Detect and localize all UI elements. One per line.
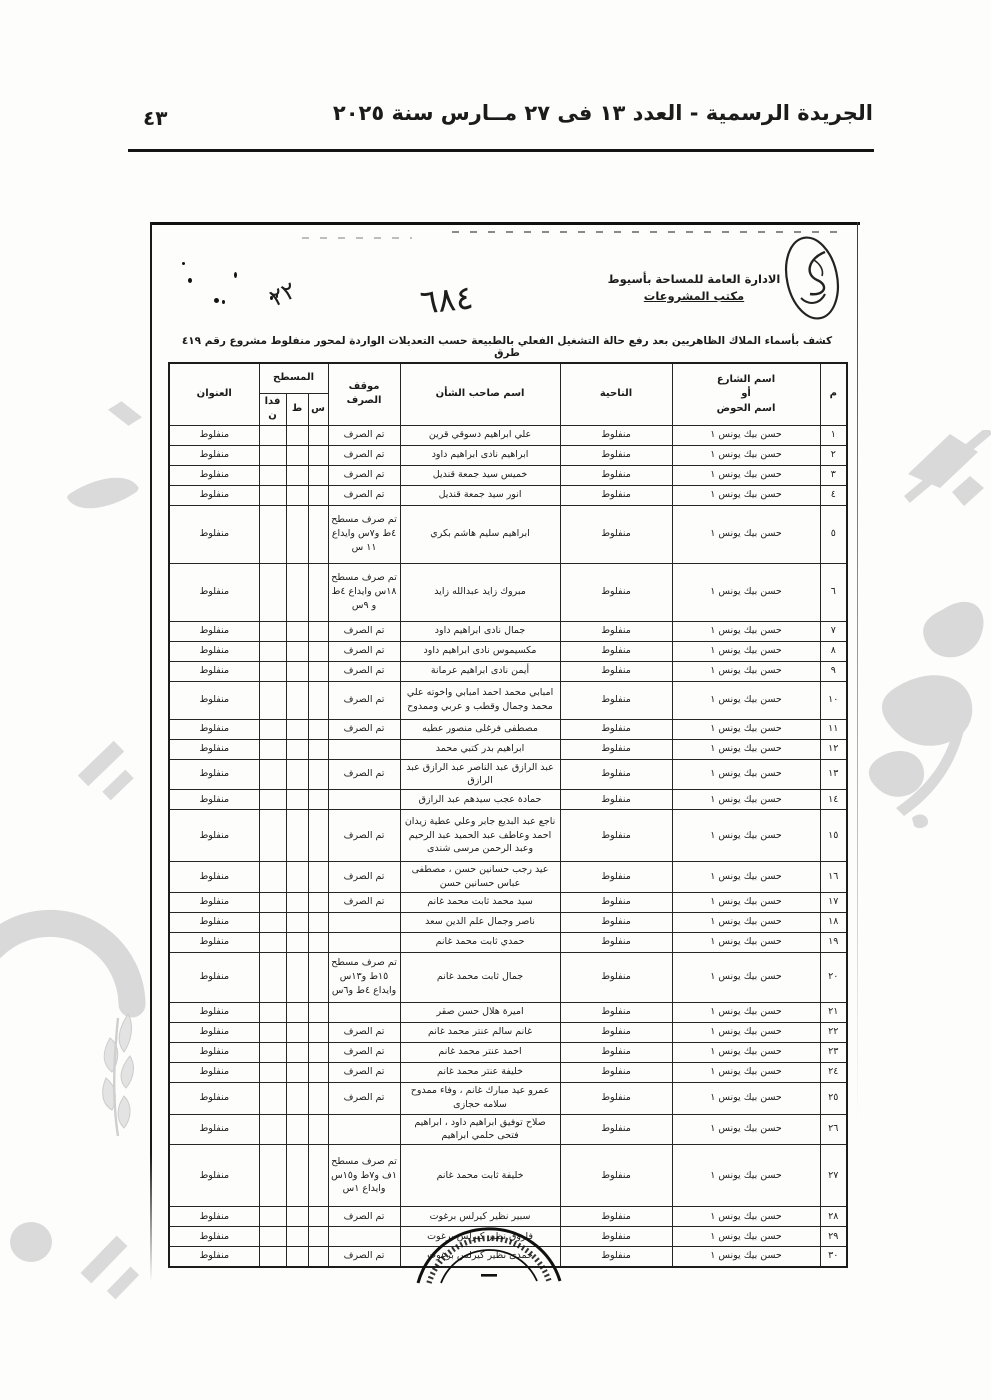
cell-payment: تم الصرف xyxy=(328,1042,400,1062)
cell-payment: تم الصرف xyxy=(328,445,400,465)
cell-serial: ٦ xyxy=(820,563,847,621)
cell-district: منفلوط xyxy=(560,1082,672,1114)
handwritten-signature-stamp xyxy=(780,230,844,330)
cell-street: حسن بيك يونس ١ xyxy=(672,912,820,932)
table-row: ١٢حسن بيك يونس ١منفلوطابراهيم بدر كتبي م… xyxy=(169,739,847,759)
cell-area-f xyxy=(259,681,286,719)
cell-area-s xyxy=(308,465,328,485)
cell-owner: جمال نادى ابراهيم داود xyxy=(400,621,560,641)
cell-area-f xyxy=(259,862,286,893)
cell-serial: ١٣ xyxy=(820,759,847,790)
cell-serial: ٢٩ xyxy=(820,1227,847,1247)
watermark-fragment xyxy=(900,430,991,590)
header-area-f: فدان xyxy=(259,393,286,425)
watermark-fragment xyxy=(10,1222,52,1262)
cell-district: منفلوط xyxy=(560,739,672,759)
cell-address: منفلوط xyxy=(169,862,259,893)
cell-street: حسن بيك يونس ١ xyxy=(672,952,820,1002)
header-owner: اسم صاحب الشأن xyxy=(400,363,560,425)
cell-street: حسن بيك يونس ١ xyxy=(672,505,820,563)
cell-serial: ٢٨ xyxy=(820,1207,847,1227)
cell-payment: تم الصرف xyxy=(328,621,400,641)
watermark-fragment xyxy=(70,476,136,510)
cell-area-f xyxy=(259,485,286,505)
cell-address: منفلوط xyxy=(169,1082,259,1114)
cell-payment: تم الصرف xyxy=(328,810,400,862)
cell-owner: خليفة ثابت محمد غانم xyxy=(400,1145,560,1207)
scan-noise xyxy=(302,237,412,239)
watermark-calligraphy xyxy=(852,580,991,830)
cell-area-f xyxy=(259,739,286,759)
cell-area-t xyxy=(286,661,308,681)
cell-area-s xyxy=(308,1114,328,1145)
cell-area-s xyxy=(308,661,328,681)
cell-serial: ٢ xyxy=(820,445,847,465)
cell-area-s xyxy=(308,952,328,1002)
agency-name: الادارة العامة للمساحة بأسيوط xyxy=(594,272,794,286)
cell-owner: صلاح توفيق ابراهيم داود ، ابراهيم فتحى ح… xyxy=(400,1114,560,1145)
table-row: ١٩حسن بيك يونس ١منفلوطحمدي ثابت محمد غان… xyxy=(169,932,847,952)
cell-area-t xyxy=(286,759,308,790)
cell-area-s xyxy=(308,641,328,661)
cell-serial: ١٢ xyxy=(820,739,847,759)
cell-district: منفلوط xyxy=(560,505,672,563)
cell-payment: تم الصرف xyxy=(328,425,400,445)
owners-table: م اسم الشارع أو اسم الحوض الناحية اسم صا… xyxy=(168,362,848,1268)
table-wrapper: م اسم الشارع أو اسم الحوض الناحية اسم صا… xyxy=(168,362,846,1268)
cell-area-s xyxy=(308,719,328,739)
cell-address: منفلوط xyxy=(169,661,259,681)
cell-area-t xyxy=(286,1145,308,1207)
cell-owner: مبروك زايد عبدالله زايد xyxy=(400,563,560,621)
cell-area-f xyxy=(259,1247,286,1267)
table-row: ١٣حسن بيك يونس ١منفلوطعبد الرازق عبد الن… xyxy=(169,759,847,790)
cell-area-f xyxy=(259,1022,286,1042)
cell-district: منفلوط xyxy=(560,1022,672,1042)
cell-serial: ١٦ xyxy=(820,862,847,893)
cell-owner: علي ابراهيم دسوقي قرين xyxy=(400,425,560,445)
table-row: ١٧حسن بيك يونس ١منفلوطسيد محمد ثابت محمد… xyxy=(169,892,847,912)
scan-border-right xyxy=(857,222,858,1122)
cell-address: منفلوط xyxy=(169,621,259,641)
cell-area-t xyxy=(286,563,308,621)
cell-district: منفلوط xyxy=(560,465,672,485)
cell-area-s xyxy=(308,485,328,505)
cell-address: منفلوط xyxy=(169,1227,259,1247)
cell-area-f xyxy=(259,563,286,621)
cell-area-t xyxy=(286,425,308,445)
cell-owner: خميس سيد جمعة قنديل xyxy=(400,465,560,485)
cell-area-t xyxy=(286,739,308,759)
table-row: ١٤حسن بيك يونس ١منفلوطحمادة عجب سيدهم عب… xyxy=(169,790,847,810)
cell-area-s xyxy=(308,1042,328,1062)
cell-area-t xyxy=(286,892,308,912)
cell-owner: مصطفى فرغلى منصور عطيه xyxy=(400,719,560,739)
cell-area-t xyxy=(286,1247,308,1267)
scan-border-left xyxy=(150,222,152,1282)
cell-area-s xyxy=(308,1227,328,1247)
cell-payment: تم الصرف xyxy=(328,1062,400,1082)
cell-address: منفلوط xyxy=(169,810,259,862)
cell-area-t xyxy=(286,1082,308,1114)
cell-street: حسن بيك يونس ١ xyxy=(672,661,820,681)
cell-payment: تم الصرف xyxy=(328,641,400,661)
cell-street: حسن بيك يونس ١ xyxy=(672,1145,820,1207)
document-title: كشف بأسماء الملاك الظاهريين بعد رفع حالة… xyxy=(168,335,846,359)
cell-payment xyxy=(328,1002,400,1022)
cell-area-t xyxy=(286,621,308,641)
table-header: م اسم الشارع أو اسم الحوض الناحية اسم صا… xyxy=(169,363,847,425)
cell-street: حسن بيك يونس ١ xyxy=(672,641,820,661)
cell-area-f xyxy=(259,641,286,661)
cell-area-s xyxy=(308,1082,328,1114)
cell-area-f xyxy=(259,719,286,739)
cell-area-s xyxy=(308,739,328,759)
cell-district: منفلوط xyxy=(560,563,672,621)
ink-speck xyxy=(222,300,225,304)
cell-district: منفلوط xyxy=(560,445,672,465)
cell-owner: حمادة عجب سيدهم عبد الرازق xyxy=(400,790,560,810)
cell-area-s xyxy=(308,505,328,563)
gazette-page: الجريدة الرسمية - العدد ١٣ فى ٢٧ مــارس … xyxy=(0,0,991,1400)
cell-address: منفلوط xyxy=(169,1002,259,1022)
cell-area-f xyxy=(259,1002,286,1022)
table-row: ٩حسن بيك يونس ١منفلوطأيمن نادى ابراهيم ع… xyxy=(169,661,847,681)
cell-street: حسن بيك يونس ١ xyxy=(672,485,820,505)
ink-speck xyxy=(234,272,237,278)
cell-district: منفلوط xyxy=(560,1042,672,1062)
cell-street: حسن بيك يونس ١ xyxy=(672,1247,820,1267)
cell-area-s xyxy=(308,790,328,810)
scanned-document: الادارة العامة للمساحة بأسيوط مكتب المشر… xyxy=(152,222,858,1377)
cell-area-s xyxy=(308,810,328,862)
cell-district: منفلوط xyxy=(560,759,672,790)
watermark-fragment xyxy=(76,756,134,791)
cell-serial: ١ xyxy=(820,425,847,445)
header-payment: موقف الصرف xyxy=(328,363,400,425)
table-row: ٢٧حسن بيك يونس ١منفلوطخليفة ثابت محمد غا… xyxy=(169,1145,847,1207)
cell-area-f xyxy=(259,952,286,1002)
cell-district: منفلوط xyxy=(560,1207,672,1227)
cell-address: منفلوط xyxy=(169,759,259,790)
cell-street: حسن بيك يونس ١ xyxy=(672,1042,820,1062)
cell-district: منفلوط xyxy=(560,1062,672,1082)
cell-address: منفلوط xyxy=(169,1145,259,1207)
cell-district: منفلوط xyxy=(560,661,672,681)
cell-area-t xyxy=(286,1062,308,1082)
cell-payment xyxy=(328,932,400,952)
cell-payment: تم الصرف xyxy=(328,892,400,912)
cell-area-f xyxy=(259,1207,286,1227)
cell-district: منفلوط xyxy=(560,862,672,893)
table-row: ١٠حسن بيك يونس ١منفلوطامبابي محمد احمد ا… xyxy=(169,681,847,719)
cell-street: حسن بيك يونس ١ xyxy=(672,1114,820,1145)
cell-street: حسن بيك يونس ١ xyxy=(672,1082,820,1114)
cell-district: منفلوط xyxy=(560,641,672,661)
cell-payment: تم الصرف xyxy=(328,1247,400,1267)
cell-area-f xyxy=(259,1145,286,1207)
cell-address: منفلوط xyxy=(169,952,259,1002)
table-row: ١٨حسن بيك يونس ١منفلوطناصر وجمال علم الد… xyxy=(169,912,847,932)
cell-address: منفلوط xyxy=(169,425,259,445)
cell-payment xyxy=(328,739,400,759)
cell-payment: تم صرف مسطح ١٥ط و١٣س وايداع ٤ط و٦س xyxy=(328,952,400,1002)
cell-address: منفلوط xyxy=(169,1207,259,1227)
cell-area-s xyxy=(308,1062,328,1082)
cell-area-f xyxy=(259,1062,286,1082)
cell-payment xyxy=(328,790,400,810)
table-row: ٢٤حسن بيك يونس ١منفلوطخليفة عنتر محمد غا… xyxy=(169,1062,847,1082)
cell-area-t xyxy=(286,681,308,719)
cell-payment: تم الصرف xyxy=(328,719,400,739)
cell-street: حسن بيك يونس ١ xyxy=(672,892,820,912)
cell-area-t xyxy=(286,505,308,563)
cell-area-t xyxy=(286,1022,308,1042)
cell-area-f xyxy=(259,465,286,485)
cell-street: حسن بيك يونس ١ xyxy=(672,681,820,719)
cell-payment: تم الصرف xyxy=(328,465,400,485)
cell-district: منفلوط xyxy=(560,1145,672,1207)
cell-district: منفلوط xyxy=(560,1114,672,1145)
cell-street: حسن بيك يونس ١ xyxy=(672,563,820,621)
cell-address: منفلوط xyxy=(169,739,259,759)
table-row: ٢حسن بيك يونس ١منفلوطابراهيم نادى ابراهي… xyxy=(169,445,847,465)
cell-area-s xyxy=(308,425,328,445)
cell-area-f xyxy=(259,892,286,912)
cell-owner: عبد الرازق عبد الناصر عبد الرازق عبد الر… xyxy=(400,759,560,790)
cell-serial: ٢٠ xyxy=(820,952,847,1002)
cell-street: حسن بيك يونس ١ xyxy=(672,445,820,465)
cell-area-t xyxy=(286,1227,308,1247)
cell-district: منفلوط xyxy=(560,681,672,719)
cell-area-f xyxy=(259,621,286,641)
cell-street: حسن بيك يونس ١ xyxy=(672,465,820,485)
ink-speck xyxy=(214,298,219,303)
cell-address: منفلوط xyxy=(169,790,259,810)
cell-owner: اميرة هلال حسن صقر xyxy=(400,1002,560,1022)
cell-area-f xyxy=(259,445,286,465)
watermark-wheat-branch xyxy=(88,1008,144,1140)
header-area-s: س xyxy=(308,393,328,425)
cell-serial: ٩ xyxy=(820,661,847,681)
cell-address: منفلوط xyxy=(169,445,259,465)
cell-area-t xyxy=(286,952,308,1002)
cell-serial: ٢١ xyxy=(820,1002,847,1022)
cell-area-f xyxy=(259,810,286,862)
table-row: ١٦حسن بيك يونس ١منفلوطعيد رجب حسانين حسن… xyxy=(169,862,847,893)
cell-payment xyxy=(328,912,400,932)
cell-district: منفلوط xyxy=(560,892,672,912)
cell-area-s xyxy=(308,1207,328,1227)
cell-owner: عمرو عيد مبارك غانم ، وفاء ممدوح سلامه ح… xyxy=(400,1082,560,1114)
cell-serial: ٣٠ xyxy=(820,1247,847,1267)
cell-street: حسن بيك يونس ١ xyxy=(672,1207,820,1227)
handwritten-number-side: ٢٢ xyxy=(265,276,300,312)
cell-area-s xyxy=(308,862,328,893)
cell-address: منفلوط xyxy=(169,1247,259,1267)
table-row: ٦حسن بيك يونس ١منفلوطمبروك زايد عبدالله … xyxy=(169,563,847,621)
table-row: ٧حسن بيك يونس ١منفلوطجمال نادى ابراهيم د… xyxy=(169,621,847,641)
cell-serial: ٢٢ xyxy=(820,1022,847,1042)
cell-owner: أيمن نادى ابراهيم عرمانة xyxy=(400,661,560,681)
cell-serial: ١٠ xyxy=(820,681,847,719)
cell-street: حسن بيك يونس ١ xyxy=(672,932,820,952)
cell-area-f xyxy=(259,1114,286,1145)
table-row: ٢٥حسن بيك يونس ١منفلوطعمرو عيد مبارك غان… xyxy=(169,1082,847,1114)
table-row: ٢٦حسن بيك يونس ١منفلوطصلاح توفيق ابراهيم… xyxy=(169,1114,847,1145)
round-office-stamp xyxy=(414,1224,564,1288)
cell-area-s xyxy=(308,681,328,719)
cell-district: منفلوط xyxy=(560,425,672,445)
header-rule xyxy=(128,149,874,152)
cell-serial: ٣ xyxy=(820,465,847,485)
cell-payment: تم الصرف xyxy=(328,759,400,790)
cell-payment: تم صرف مسطح ٤ط و٧س وايداع ١١ س xyxy=(328,505,400,563)
cell-owner: احمد عنتر محمد غانم xyxy=(400,1042,560,1062)
cell-serial: ٥ xyxy=(820,505,847,563)
ink-speck xyxy=(188,278,192,283)
cell-serial: ١٨ xyxy=(820,912,847,932)
watermark-fragment xyxy=(112,406,138,421)
cell-area-f xyxy=(259,1082,286,1114)
scan-border-top xyxy=(150,222,860,225)
table-row: ١حسن بيك يونس ١منفلوطعلي ابراهيم دسوقي ق… xyxy=(169,425,847,445)
agency-block: الادارة العامة للمساحة بأسيوط مكتب المشر… xyxy=(594,272,794,303)
header-serial: م xyxy=(820,363,847,425)
cell-street: حسن بيك يونس ١ xyxy=(672,621,820,641)
cell-serial: ٨ xyxy=(820,641,847,661)
cell-serial: ٢٤ xyxy=(820,1062,847,1082)
cell-district: منفلوط xyxy=(560,485,672,505)
header-area-t: ط xyxy=(286,393,308,425)
table-row: ٢٢حسن بيك يونس ١منفلوطغانم سالم عنتر محم… xyxy=(169,1022,847,1042)
cell-district: منفلوط xyxy=(560,790,672,810)
cell-area-t xyxy=(286,719,308,739)
cell-street: حسن بيك يونس ١ xyxy=(672,1022,820,1042)
cell-owner: انور سيد جمعة قنديل xyxy=(400,485,560,505)
cell-area-t xyxy=(286,1114,308,1145)
cell-area-s xyxy=(308,1247,328,1267)
cell-area-t xyxy=(286,641,308,661)
ink-speck xyxy=(182,262,185,265)
cell-owner: خليفة عنتر محمد غانم xyxy=(400,1062,560,1082)
cell-area-s xyxy=(308,621,328,641)
cell-district: منفلوط xyxy=(560,719,672,739)
cell-address: منفلوط xyxy=(169,505,259,563)
cell-district: منفلوط xyxy=(560,932,672,952)
cell-street: حسن بيك يونس ١ xyxy=(672,759,820,790)
cell-address: منفلوط xyxy=(169,892,259,912)
cell-address: منفلوط xyxy=(169,681,259,719)
table-row: ١١حسن بيك يونس ١منفلوطمصطفى فرغلى منصور … xyxy=(169,719,847,739)
cell-serial: ٢٣ xyxy=(820,1042,847,1062)
table-row: ٣حسن بيك يونس ١منفلوطخميس سيد جمعة قنديل… xyxy=(169,465,847,485)
cell-district: منفلوط xyxy=(560,810,672,862)
office-name: مكتب المشروعات xyxy=(594,289,794,303)
cell-serial: ٢٧ xyxy=(820,1145,847,1207)
cell-street: حسن بيك يونس ١ xyxy=(672,719,820,739)
header-area-group: المسطح xyxy=(259,363,328,393)
table-row: ٨حسن بيك يونس ١منفلوطمكسيموس نادى ابراهي… xyxy=(169,641,847,661)
cell-serial: ١٤ xyxy=(820,790,847,810)
cell-area-t xyxy=(286,810,308,862)
cell-street: حسن بيك يونس ١ xyxy=(672,1002,820,1022)
cell-owner: امبابي محمد احمد امبابي واخوته علي محمد … xyxy=(400,681,560,719)
cell-payment: تم الصرف xyxy=(328,485,400,505)
cell-address: منفلوط xyxy=(169,641,259,661)
table-row: ٢٠حسن بيك يونس ١منفلوطجمال ثابت محمد غان… xyxy=(169,952,847,1002)
cell-street: حسن بيك يونس ١ xyxy=(672,425,820,445)
cell-area-s xyxy=(308,932,328,952)
cell-street: حسن بيك يونس ١ xyxy=(672,1227,820,1247)
cell-area-t xyxy=(286,1042,308,1062)
cell-area-s xyxy=(308,1002,328,1022)
cell-payment: تم الصرف xyxy=(328,1022,400,1042)
cell-serial: ١٧ xyxy=(820,892,847,912)
cell-owner: حمدي ثابت محمد غانم xyxy=(400,932,560,952)
cell-address: منفلوط xyxy=(169,563,259,621)
cell-payment: تم الصرف xyxy=(328,1207,400,1227)
cell-area-t xyxy=(286,862,308,893)
header-district: الناحية xyxy=(560,363,672,425)
cell-address: منفلوط xyxy=(169,912,259,932)
cell-street: حسن بيك يونس ١ xyxy=(672,790,820,810)
cell-payment xyxy=(328,1114,400,1145)
cell-area-s xyxy=(308,1022,328,1042)
table-row: ١٥حسن بيك يونس ١منفلوطناجع عبد البديع جا… xyxy=(169,810,847,862)
cell-area-s xyxy=(308,563,328,621)
cell-area-f xyxy=(259,1042,286,1062)
cell-area-s xyxy=(308,892,328,912)
cell-address: منفلوط xyxy=(169,719,259,739)
cell-address: منفلوط xyxy=(169,485,259,505)
table-row: ٢١حسن بيك يونس ١منفلوطاميرة هلال حسن صقر… xyxy=(169,1002,847,1022)
cell-area-f xyxy=(259,1227,286,1247)
cell-area-s xyxy=(308,912,328,932)
cell-area-t xyxy=(286,912,308,932)
watermark-fragment xyxy=(78,1252,140,1289)
cell-area-t xyxy=(286,1207,308,1227)
cell-area-t xyxy=(286,485,308,505)
cell-area-f xyxy=(259,661,286,681)
cell-district: منفلوط xyxy=(560,1247,672,1267)
cell-owner: ناصر وجمال علم الدين سعد xyxy=(400,912,560,932)
cell-district: منفلوط xyxy=(560,1227,672,1247)
cell-area-f xyxy=(259,505,286,563)
cell-address: منفلوط xyxy=(169,1114,259,1145)
table-row: ٢٣حسن بيك يونس ١منفلوطاحمد عنتر محمد غان… xyxy=(169,1042,847,1062)
cell-payment xyxy=(328,1227,400,1247)
cell-owner: ابراهيم نادى ابراهيم داود xyxy=(400,445,560,465)
cell-area-f xyxy=(259,932,286,952)
header-street: اسم الشارع أو اسم الحوض xyxy=(672,363,820,425)
cell-district: منفلوط xyxy=(560,621,672,641)
cell-street: حسن بيك يونس ١ xyxy=(672,739,820,759)
cell-payment: تم صرف مسطح ١ف و٧ط و١٥س وايداع ١س xyxy=(328,1145,400,1207)
cell-owner: عيد رجب حسانين حسن ، مصطفى عباس حسانين ح… xyxy=(400,862,560,893)
cell-area-s xyxy=(308,1145,328,1207)
cell-serial: ٢٦ xyxy=(820,1114,847,1145)
cell-district: منفلوط xyxy=(560,952,672,1002)
table-row: ٤حسن بيك يونس ١منفلوطانور سيد جمعة قنديل… xyxy=(169,485,847,505)
cell-serial: ١٩ xyxy=(820,932,847,952)
page-number: ٤٣ xyxy=(143,106,167,130)
cell-area-t xyxy=(286,790,308,810)
cell-payment: تم الصرف xyxy=(328,1082,400,1114)
cell-address: منفلوط xyxy=(169,465,259,485)
cell-area-f xyxy=(259,790,286,810)
cell-owner: غانم سالم عنتر محمد غانم xyxy=(400,1022,560,1042)
